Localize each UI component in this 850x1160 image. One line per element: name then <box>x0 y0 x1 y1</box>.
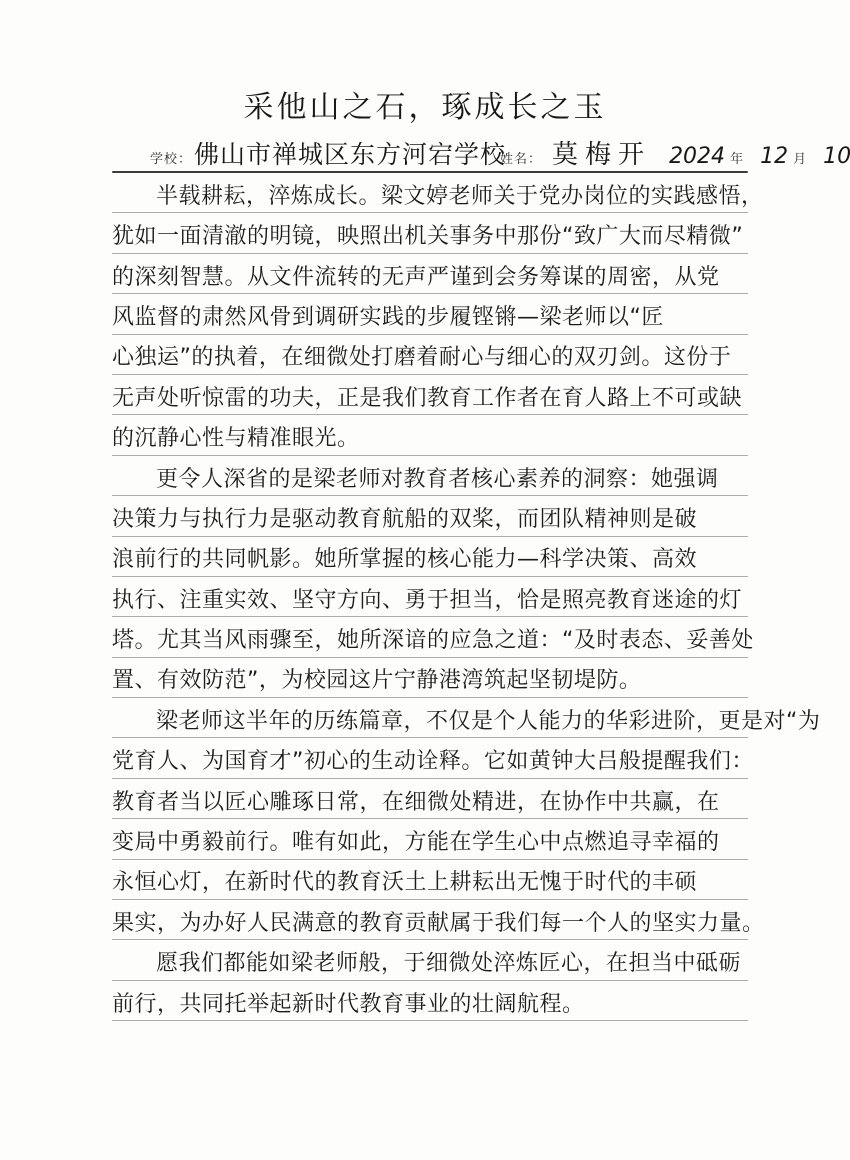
student-name: 莫梅开 <box>552 134 651 171</box>
date-year-label: 年 <box>730 148 744 167</box>
essay-line: 无声处听惊雷的功夫，正是我们教育工作者在育人路上不可或缺 <box>112 375 748 415</box>
essay-line-text: 决策力与执行力是驱动教育航船的双桨，而团队精神则是破 <box>112 506 697 536</box>
essay-line-text: 执行、注重实效、坚守方向、勇于担当，恰是照亮教育迷途的灯 <box>112 587 742 617</box>
essay-line: 犹如一面清澈的明镜，映照出机关事务中那份“致广大而尽精微” <box>112 213 748 253</box>
essay-line-text: 教育者当以匠心雕琢日常，在细微处精进，在协作中共赢，在 <box>112 789 720 819</box>
essay-line-text: 塔。尤其当风雨骤至，她所深谙的应急之道：“及时表态、妥善处 <box>112 627 754 657</box>
essay-line-text: 浪前行的共同帆影。她所掌握的核心能力—科学决策、高效 <box>112 546 697 576</box>
student-name-label: 姓名： <box>500 148 542 167</box>
essay-line: 党育人、为国育才”初心的生动诠释。它如黄钟大吕般提醒我们： <box>112 738 748 778</box>
essay-line-text: 无声处听惊雷的功夫，正是我们教育工作者在育人路上不可或缺 <box>112 385 742 415</box>
essay-line: 的沉静心性与精准眼光。 <box>112 415 748 455</box>
essay-title: 采他山之石，琢成长之玉 <box>0 82 850 126</box>
handwritten-essay-page: 采他山之石，琢成长之玉 学校： 佛山市禅城区东方河宕学校 姓名： 莫梅开 202… <box>0 0 850 1160</box>
essay-line: 的深刻智慧。从文件流转的无声严谨到会务筹谋的周密，从党 <box>112 254 748 294</box>
essay-line-text: 的深刻智慧。从文件流转的无声严谨到会务筹谋的周密，从党 <box>112 264 720 294</box>
essay-line-text: 前行，共同托举起新时代教育事业的壮阔航程。 <box>112 991 585 1021</box>
essay-line: 浪前行的共同帆影。她所掌握的核心能力—科学决策、高效 <box>112 537 748 577</box>
essay-line-text: 的沉静心性与精准眼光。 <box>112 425 360 455</box>
essay-line: 教育者当以匠心雕琢日常，在细微处精进，在协作中共赢，在 <box>112 779 748 819</box>
date-month: 12 <box>760 144 788 169</box>
essay-line: 半载耕耘，淬炼成长。梁文婷老师关于党办岗位的实践感悟， <box>112 173 748 213</box>
essay-line: 梁老师这半年的历练篇章，不仅是个人能力的华彩进阶，更是对“为 <box>112 698 748 738</box>
essay-line-text: 置、有效防范”，为校园这片宁静港湾筑起坚韧堤防。 <box>112 667 641 697</box>
school-label: 学校： <box>150 148 192 167</box>
essay-line-text: 犹如一面清澈的明镜，映照出机关事务中那份“致广大而尽精微” <box>112 223 743 253</box>
essay-line: 变局中勇毅前行。唯有如此，方能在学生心中点燃追寻幸福的 <box>112 819 748 859</box>
essay-line-text: 半载耕耘，淬炼成长。梁文婷老师关于党办岗位的实践感悟， <box>112 183 764 213</box>
essay-line-text: 愿我们都能如梁老师般，于细微处淬炼匠心，在担当中砥砺 <box>112 950 741 980</box>
essay-line: 执行、注重实效、坚守方向、勇于担当，恰是照亮教育迷途的灯 <box>112 577 748 617</box>
date-day: 10 <box>823 144 850 169</box>
essay-line-text: 变局中勇毅前行。唯有如此，方能在学生心中点燃追寻幸福的 <box>112 829 720 859</box>
essay-line: 风监督的肃然风骨到调研实践的步履铿锵—梁老师以“匠 <box>112 294 748 334</box>
essay-line: 心独运”的执着，在细微处打磨着耐心与细心的双刃剑。这份于 <box>112 335 748 375</box>
date-month-label: 月 <box>793 148 807 167</box>
essay-line-text: 梁老师这半年的历练篇章，不仅是个人能力的华彩进阶，更是对“为 <box>112 708 820 738</box>
essay-line: 果实，为办好人民满意的教育贡献属于我们每一个人的坚实力量。 <box>112 900 748 940</box>
date-year: 2024 <box>669 144 725 169</box>
essay-header: 学校： 佛山市禅城区东方河宕学校 姓名： 莫梅开 2024 年 12 月 10 … <box>150 134 790 172</box>
essay-line-text: 风监督的肃然风骨到调研实践的步履铿锵—梁老师以“匠 <box>112 304 664 334</box>
essay-line-text: 心独运”的执着，在细微处打磨着耐心与细心的双刃剑。这份于 <box>112 344 731 374</box>
school-name: 佛山市禅城区东方河宕学校 <box>194 135 506 171</box>
essay-body: 半载耕耘，淬炼成长。梁文婷老师关于党办岗位的实践感悟，犹如一面清澈的明镜，映照出… <box>112 173 748 1021</box>
essay-line: 决策力与执行力是驱动教育航船的双桨，而团队精神则是破 <box>112 496 748 536</box>
essay-line-text: 更令人深省的是梁老师对教育者核心素养的洞察：她强调 <box>112 466 719 496</box>
essay-line: 更令人深省的是梁老师对教育者核心素养的洞察：她强调 <box>112 456 748 496</box>
essay-line-text: 党育人、为国育才”初心的生动诠释。它如黄钟大吕般提醒我们： <box>112 748 754 778</box>
essay-line-text: 果实，为办好人民满意的教育贡献属于我们每一个人的坚实力量。 <box>112 910 765 940</box>
essay-line: 愿我们都能如梁老师般，于细微处淬炼匠心，在担当中砥砺 <box>112 940 748 980</box>
essay-line-text: 永恒心灯，在新时代的教育沃土上耕耘出无愧于时代的丰硕 <box>112 869 697 899</box>
essay-line: 塔。尤其当风雨骤至，她所深谙的应急之道：“及时表态、妥善处 <box>112 617 748 657</box>
essay-line: 前行，共同托举起新时代教育事业的壮阔航程。 <box>112 981 748 1021</box>
essay-line: 置、有效防范”，为校园这片宁静港湾筑起坚韧堤防。 <box>112 658 748 698</box>
essay-line: 永恒心灯，在新时代的教育沃土上耕耘出无愧于时代的丰硕 <box>112 860 748 900</box>
